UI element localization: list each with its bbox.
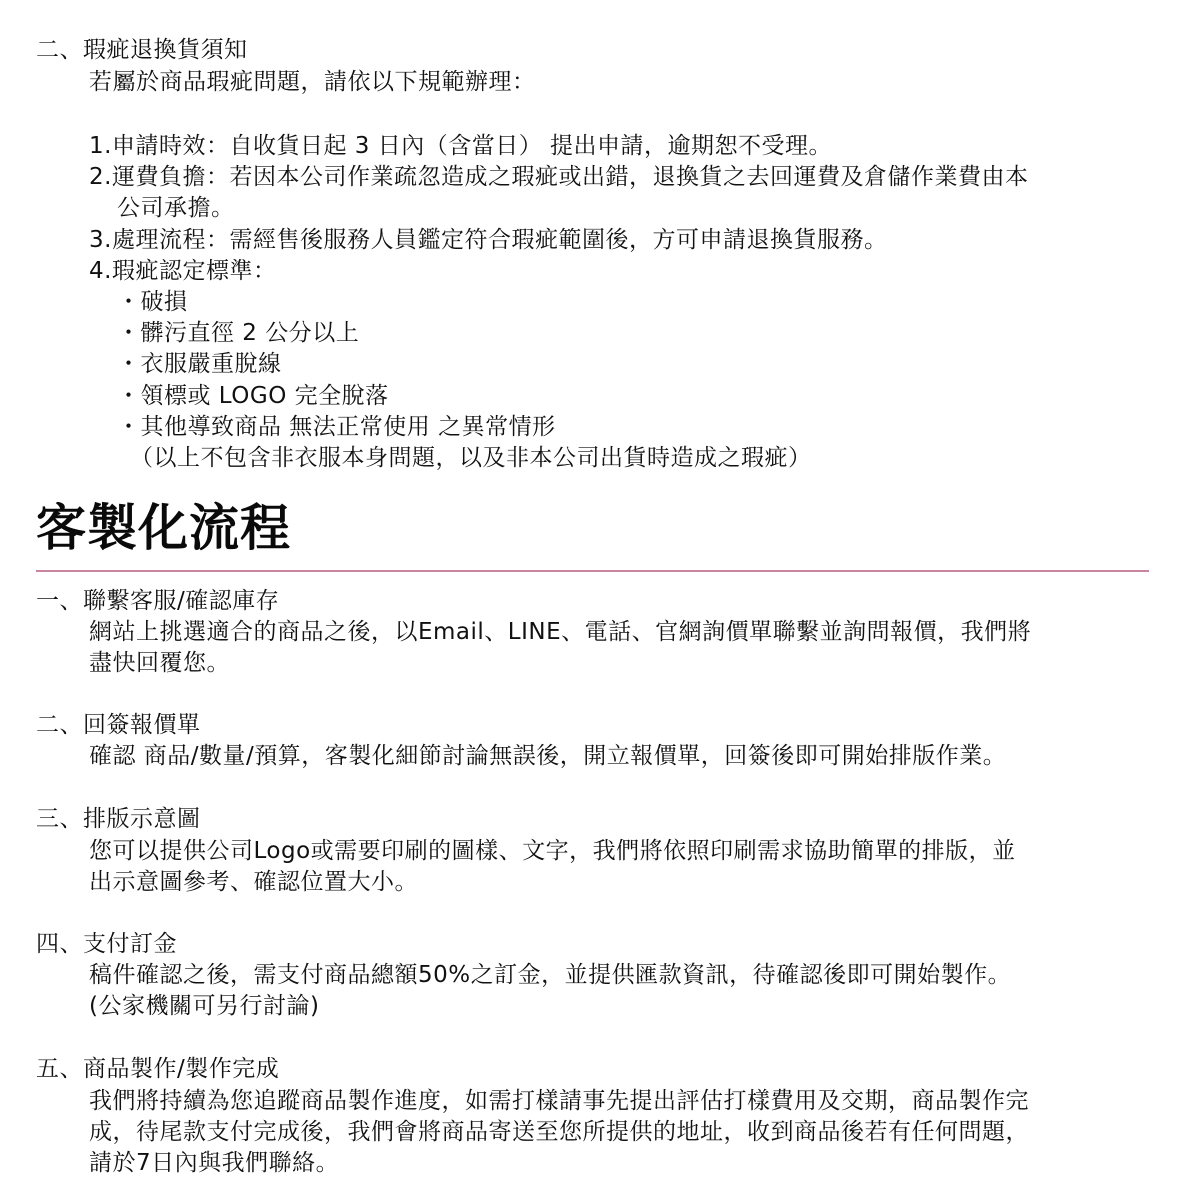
criteria-item: ・領標或 LOGO 完全脫落 — [117, 381, 389, 411]
step-text: 您可以提供公司Logo或需要印刷的圖樣、文字，我們將依照印刷需求協助簡單的排版，… — [89, 836, 1016, 866]
rule-item: 4.瑕疵認定標準： — [89, 256, 276, 286]
criteria-note: （以上不包含非衣服本身問題，以及非本公司出貨時造成之瑕疵） — [130, 443, 812, 473]
step-text: 成，待尾款支付完成後，我們會將商品寄送至您所提供的地址，收到商品後若有任何問題， — [89, 1117, 1029, 1147]
criteria-item: ・破損 — [117, 287, 188, 317]
criteria-item: ・其他導致商品 無法正常使用 之異常情形 — [117, 412, 556, 442]
step-text: 我們將持續為您追蹤商品製作進度，如需打樣請事先提出評估打樣費用及交期，商品製作完 — [89, 1086, 1029, 1116]
step-heading: 五、商品製作/製作完成 — [36, 1054, 279, 1084]
section-divider — [36, 570, 1149, 572]
criteria-item: ・髒污直徑 2 公分以上 — [117, 318, 359, 348]
step-text: 確認 商品/數量/預算，客製化細節討論無誤後，開立報價單，回簽後即可開始排版作業… — [89, 741, 1006, 771]
step-text: 稿件確認之後，需支付商品總額50%之訂金，並提供匯款資訊，待確認後即可開始製作。 — [89, 960, 1011, 990]
rule-item-continuation: 公司承擔。 — [117, 193, 235, 223]
step-text: 出示意圖參考、確認位置大小。 — [89, 867, 418, 897]
rule-item: 1.申請時效：自收貨日起 3 日內（含當日） 提出申請，逾期恕不受理。 — [89, 131, 832, 161]
step-text: (公家機關可另行討論) — [89, 991, 319, 1021]
step-heading: 一、聯繫客服/確認庫存 — [36, 586, 279, 616]
document-page: 二、瑕疵退換貨須知 若屬於商品瑕疵問題，請依以下規範辦理： 1.申請時效：自收貨… — [0, 0, 1181, 1181]
step-text: 盡快回覆您。 — [89, 648, 230, 678]
step-text: 網站上挑選適合的商品之後，以Email、LINE、電話、官網詢價單聯繫並詢問報價… — [89, 617, 1031, 647]
step-heading: 四、支付訂金 — [36, 929, 177, 959]
section-title: 客製化流程 — [36, 497, 291, 559]
step-heading: 三、排版示意圖 — [36, 804, 201, 834]
defect-heading: 二、瑕疵退換貨須知 — [36, 35, 248, 65]
defect-intro: 若屬於商品瑕疵問題，請依以下規範辦理： — [89, 67, 536, 97]
step-heading: 二、回簽報價單 — [36, 710, 201, 740]
rule-item: 2.運費負擔：若因本公司作業疏忽造成之瑕疵或出錯，退換貨之去回運費及倉儲作業費由… — [89, 162, 1028, 192]
step-text: 請於7日內與我們聯絡。 — [89, 1148, 339, 1178]
rule-item: 3.處理流程：需經售後服務人員鑑定符合瑕疵範圍後，方可申請退換貨服務。 — [89, 225, 887, 255]
criteria-item: ・衣服嚴重脫線 — [117, 349, 282, 379]
